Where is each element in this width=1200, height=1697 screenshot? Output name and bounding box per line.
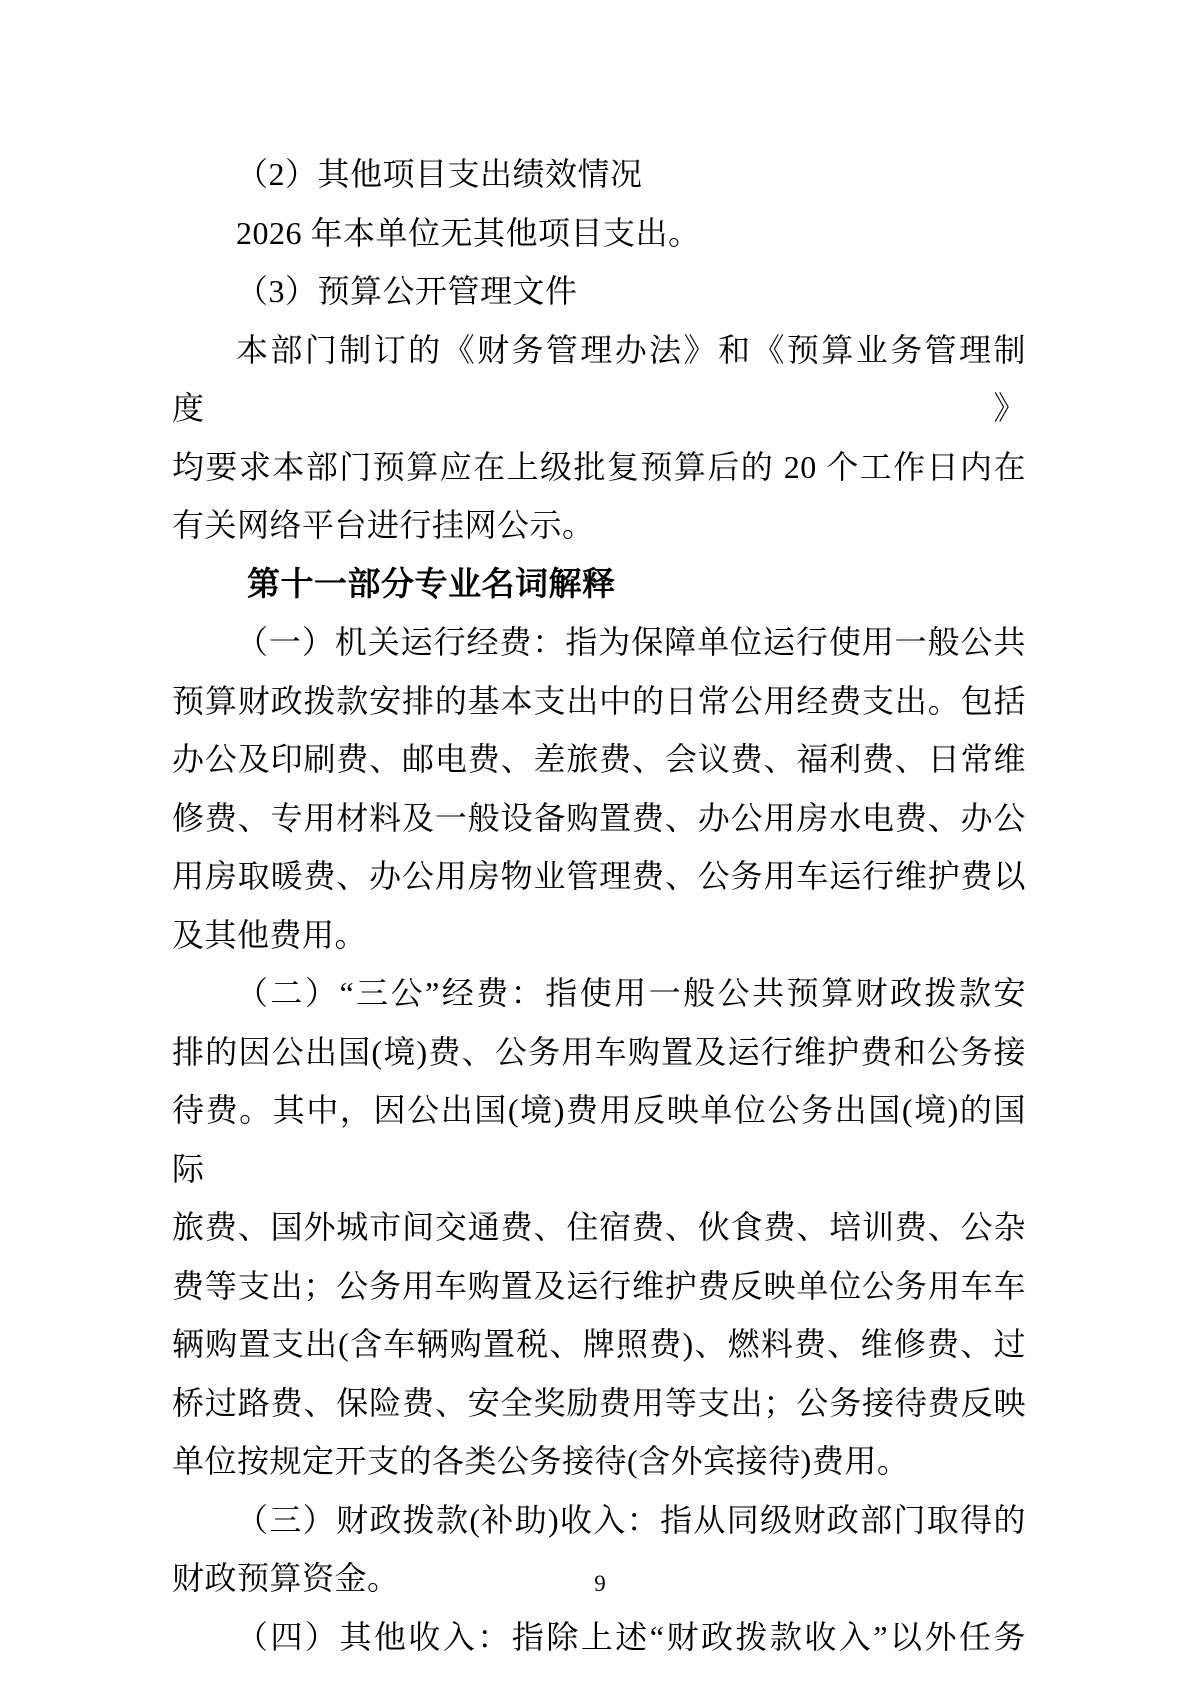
text-line: （2）其他项目支出绩效情况 (172, 145, 1026, 204)
section-heading: 第十一部分专业名词解释 (172, 555, 1026, 614)
text-line: （四）其他收入：指除上述“财政拨款收入”以外任务 (172, 1608, 1026, 1667)
page-number: 9 (0, 1571, 1200, 1597)
text-line: （一）机关运行经费：指为保障单位运行使用一般公共 (172, 613, 1026, 672)
text-line: 桥过路费、保险费、安全奖励费用等支出；公务接待费反映 (172, 1374, 1026, 1433)
text-line: 办公及印刷费、邮电费、差旅费、会议费、福利费、日常维 (172, 730, 1026, 789)
text-line: 旅费、国外城市间交通费、住宿费、伙食费、培训费、公杂 (172, 1198, 1026, 1257)
text-line: （二）“三公”经费：指使用一般公共预算财政拨款安 (172, 964, 1026, 1023)
text-line: 用房取暖费、办公用房物业管理费、公务用车运行维护费以 (172, 847, 1026, 906)
text-line: 排的因公出国(境)费、公务用车购置及运行维护费和公务接 (172, 1023, 1026, 1082)
text-line: 均要求本部门预算应在上级批复预算后的 20 个工作日内在 (172, 438, 1026, 497)
text-block: （2）其他项目支出绩效情况 2026 年本单位无其他项目支出。 （3）预算公开管… (172, 145, 1026, 1666)
text-line: 有关网络平台进行挂网公示。 (172, 496, 1026, 555)
text-line: 及其他费用。 (172, 906, 1026, 965)
text-line: 单位按规定开支的各类公务接待(含外宾接待)费用。 (172, 1432, 1026, 1491)
text-line: 费等支出；公务用车购置及运行维护费反映单位公务用车车 (172, 1257, 1026, 1316)
text-line: 本部门制订的《财务管理办法》和《预算业务管理制度》 (172, 321, 1026, 438)
text-line: 待费。其中，因公出国(境)费用反映单位公务出国(境)的国际 (172, 1081, 1026, 1198)
text-line: 2026 年本单位无其他项目支出。 (172, 204, 1026, 263)
text-line: 预算财政拨款安排的基本支出中的日常公用经费支出。包括 (172, 672, 1026, 731)
text-line: 修费、专用材料及一般设备购置费、办公用房水电费、办公 (172, 789, 1026, 848)
text-line: 辆购置支出(含车辆购置税、牌照费)、燃料费、维修费、过 (172, 1315, 1026, 1374)
document-page: （2）其他项目支出绩效情况 2026 年本单位无其他项目支出。 （3）预算公开管… (0, 0, 1200, 1697)
text-line: （三）财政拨款(补助)收入：指从同级财政部门取得的 (172, 1491, 1026, 1550)
text-line: （3）预算公开管理文件 (172, 262, 1026, 321)
